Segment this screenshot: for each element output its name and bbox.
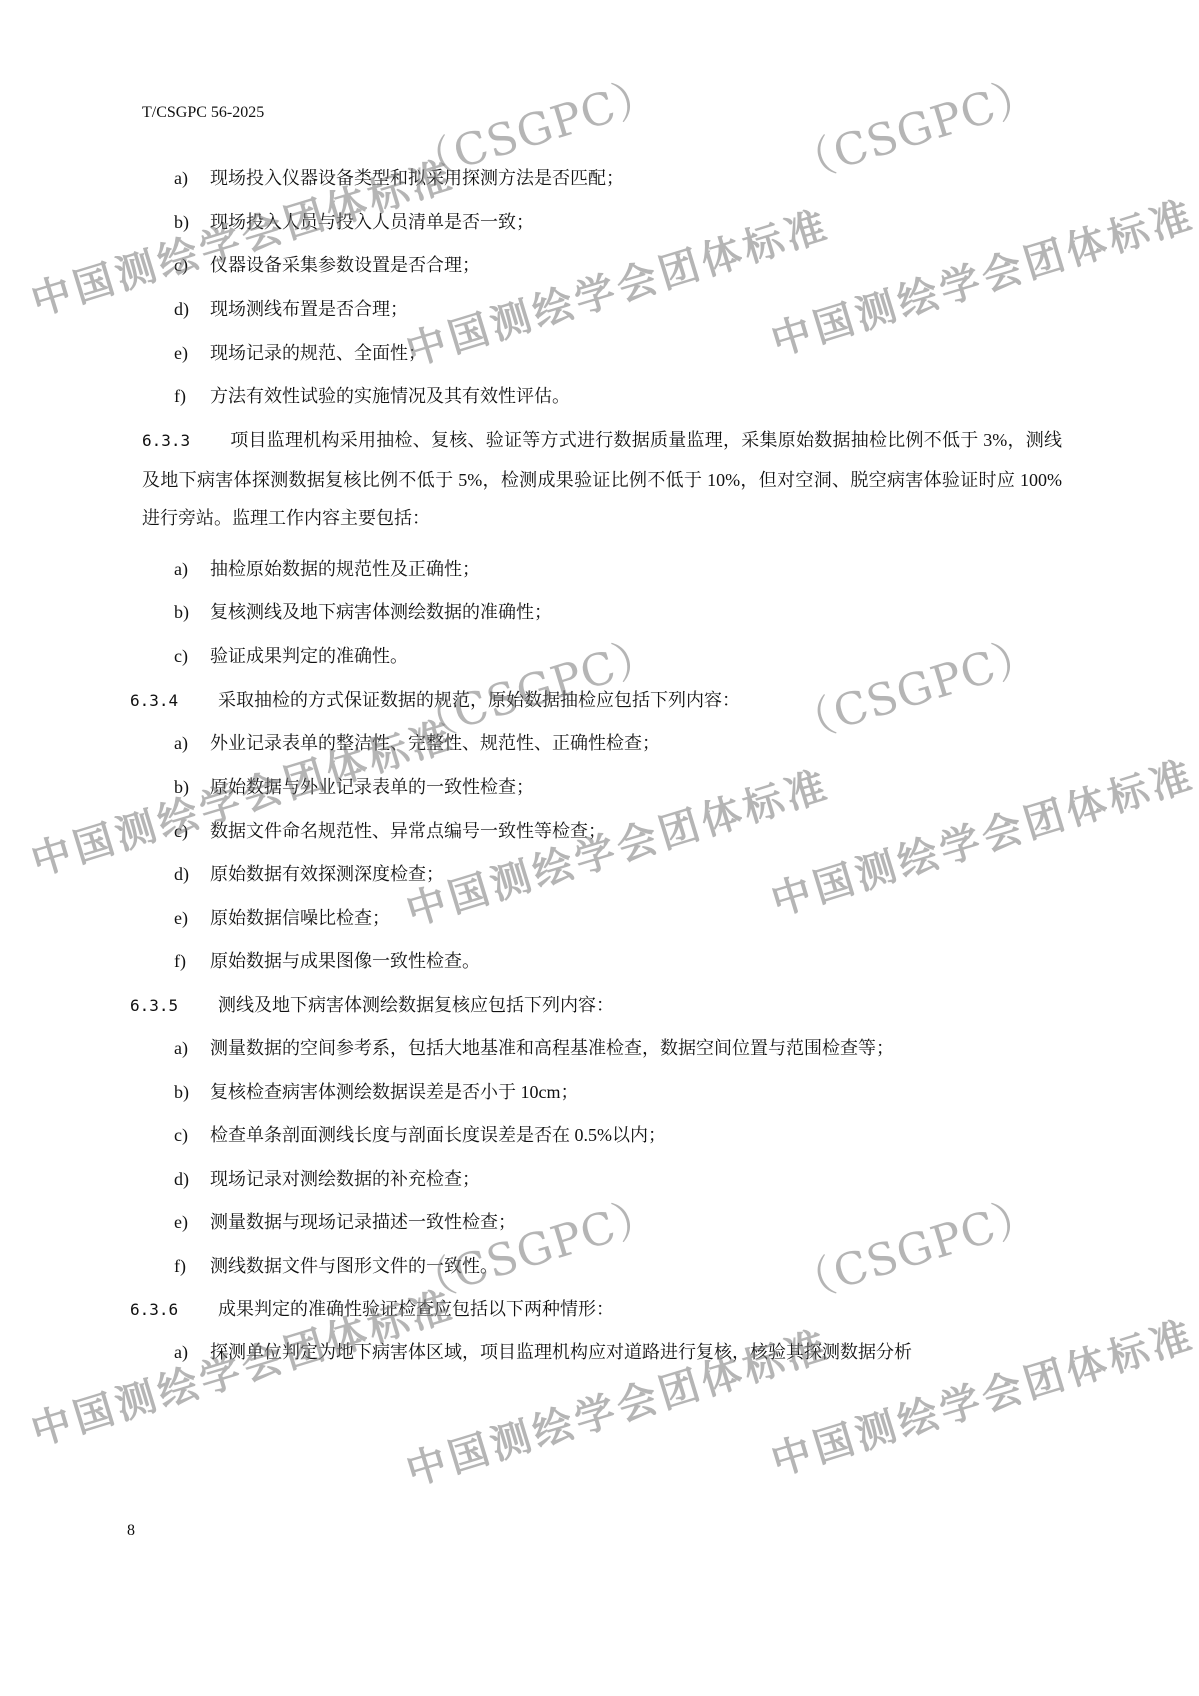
clause-6-3-5: 6.3.5测线及地下病害体测绘数据复核应包括下列内容： bbox=[130, 993, 614, 1018]
list-item: f)方法有效性试验的实施情况及其有效性评估。 bbox=[174, 384, 570, 408]
clause-6-3-4: 6.3.4采取抽检的方式保证数据的规范，原始数据抽检应包括下列内容： bbox=[130, 688, 740, 713]
list-item: f)测线数据文件与图形文件的一致性。 bbox=[174, 1254, 498, 1278]
list-item: b)现场投入人员与投入人员清单是否一致； bbox=[174, 210, 534, 234]
clause-6-3-3: 6.3.3项目监理机构采用抽检、复核、验证等方式进行数据质量监理，采集原始数据抽… bbox=[142, 421, 1062, 538]
list-item: d)现场记录对测绘数据的补充检查； bbox=[174, 1167, 480, 1191]
list-item: b)复核测线及地下病害体测绘数据的准确性； bbox=[174, 600, 552, 624]
clause-6-3-6: 6.3.6成果判定的准确性验证检查应包括以下两种情形： bbox=[130, 1297, 614, 1322]
list-item: b)原始数据与外业记录表单的一致性检查； bbox=[174, 775, 534, 799]
watermark: 中国测绘学会团体标准 bbox=[763, 184, 1199, 367]
list-item: a)探测单位判定为地下病害体区域，项目监理机构应对道路进行复核，核验其探测数据分… bbox=[174, 1340, 912, 1364]
list-item: c)数据文件命名规范性、异常点编号一致性等检查； bbox=[174, 819, 606, 843]
document-code-header: T/CSGPC 56-2025 bbox=[142, 104, 264, 122]
watermark: （CSGPC） bbox=[781, 618, 1046, 754]
watermark: （CSGPC） bbox=[401, 1178, 666, 1314]
watermark: 中国测绘学会团体标准 bbox=[763, 1304, 1199, 1487]
list-item: a)测量数据的空间参考系，包括大地基准和高程基准检查，数据空间位置与范围检查等； bbox=[174, 1036, 894, 1060]
list-item: a)抽检原始数据的规范性及正确性； bbox=[174, 557, 480, 581]
list-item: c)验证成果判定的准确性。 bbox=[174, 644, 408, 668]
list-item: f)原始数据与成果图像一致性检查。 bbox=[174, 949, 480, 973]
list-item: d)现场测线布置是否合理； bbox=[174, 297, 408, 321]
list-item: a)现场投入仪器设备类型和拟采用探测方法是否匹配； bbox=[174, 166, 624, 190]
watermark: 中国测绘学会团体标准 bbox=[763, 744, 1199, 927]
list-item: d)原始数据有效探测深度检查； bbox=[174, 862, 444, 886]
list-item: b)复核检查病害体测绘数据误差是否小于 10cm； bbox=[174, 1080, 579, 1104]
list-item: e)测量数据与现场记录描述一致性检查； bbox=[174, 1210, 516, 1234]
list-item: e)原始数据信噪比检查； bbox=[174, 906, 390, 930]
list-item: c)检查单条剖面测线长度与剖面长度误差是否在 0.5%以内； bbox=[174, 1123, 666, 1147]
list-item: e)现场记录的规范、全面性； bbox=[174, 341, 426, 365]
watermark: （CSGPC） bbox=[781, 58, 1046, 194]
list-item: c)仪器设备采集参数设置是否合理； bbox=[174, 253, 480, 277]
page-number: 8 bbox=[127, 1522, 135, 1540]
watermark: （CSGPC） bbox=[781, 1178, 1046, 1314]
list-item: a)外业记录表单的整洁性、完整性、规范性、正确性检查； bbox=[174, 731, 660, 755]
